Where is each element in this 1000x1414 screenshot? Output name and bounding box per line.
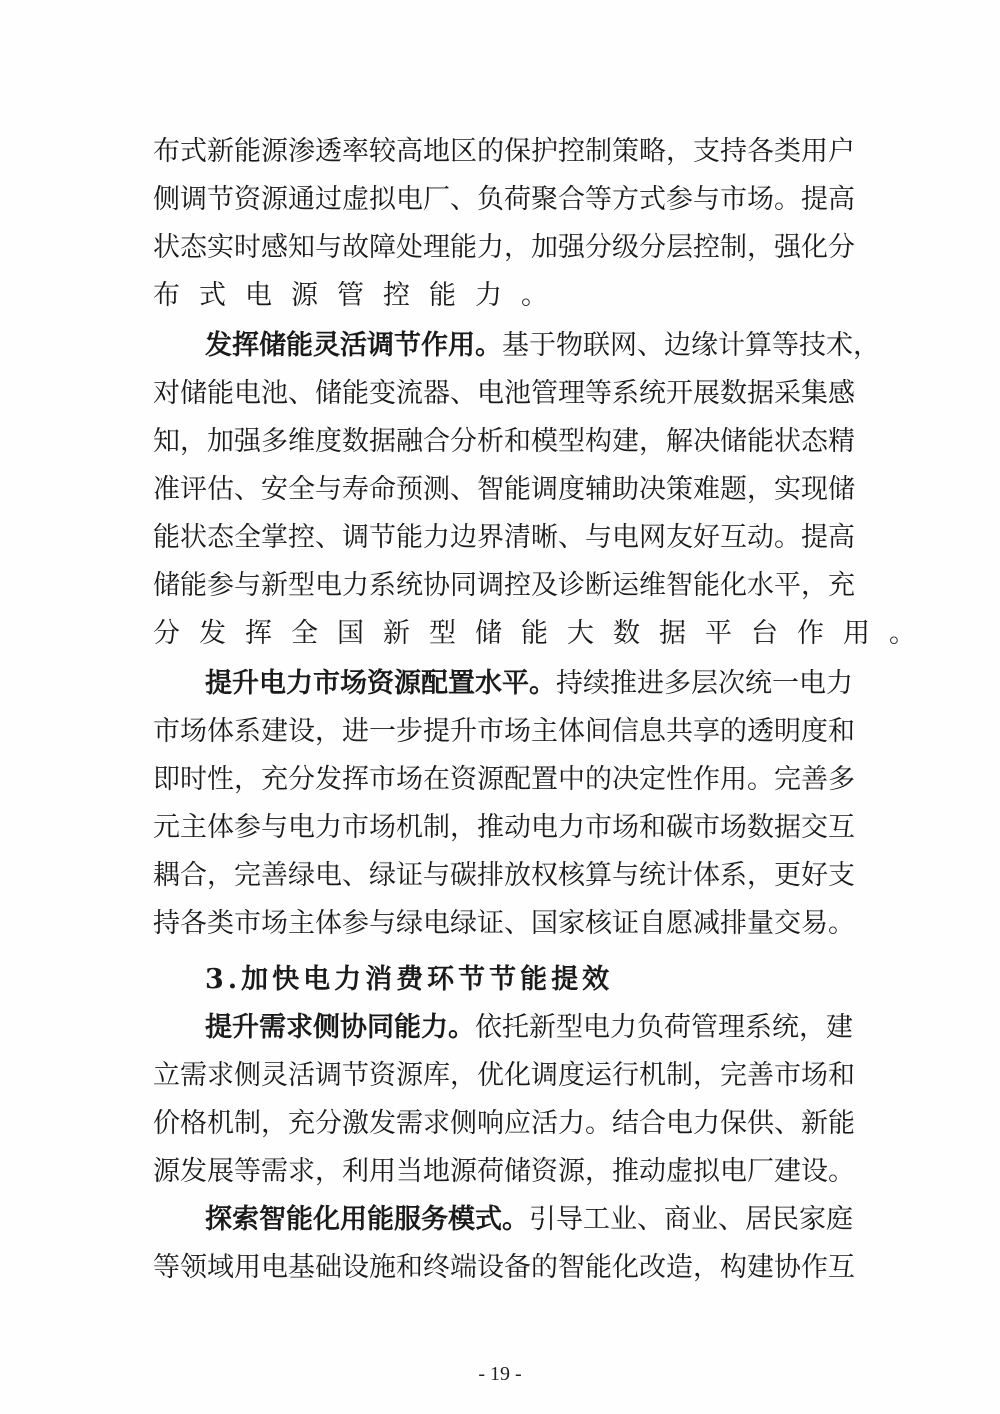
paragraph-1-line-1: 布式新能源渗透率较高地区的保护控制策略，支持各类用户 (153, 132, 848, 172)
paragraph-4-lead: 提升需求侧协同能力。 (205, 1012, 475, 1043)
paragraph-2-line-2: 对储能电池、储能变流器、电池管理等系统开展数据采集感 (153, 374, 848, 414)
paragraph-4-first-rest: 依托新型电力负荷管理系统，建 (475, 1012, 853, 1043)
paragraph-2-line-7: 分发挥全国新型储能大数据平台作用。 (153, 614, 848, 654)
paragraph-2-first-rest: 基于物联网、边缘计算等技术， (502, 330, 880, 361)
paragraph-4-line-3: 价格机制，充分激发需求侧响应活力。结合电力保供、新能 (153, 1104, 848, 1144)
paragraph-3-line-4: 元主体参与电力市场机制，推动电力市场和碳市场数据交互 (153, 808, 848, 848)
paragraph-5-line-1: 探索智能化用能服务模式。引导工业、商业、居民家庭 (205, 1200, 848, 1240)
paragraph-2-line-3: 知，加强多维度数据融合分析和模型构建，解决储能状态精 (153, 422, 848, 462)
paragraph-4-line-2: 立需求侧灵活调节资源库，优化调度运行机制，完善市场和 (153, 1056, 848, 1096)
paragraph-3-line-2: 市场体系建设，进一步提升市场主体间信息共享的透明度和 (153, 712, 848, 752)
paragraph-3-line-3: 即时性，充分发挥市场在资源配置中的决定性作用。完善多 (153, 760, 848, 800)
paragraph-5-first-rest: 引导工业、商业、居民家庭 (529, 1204, 853, 1235)
paragraph-4-line-4: 源发展等需求，利用当地源荷储资源，推动虚拟电厂建设。 (153, 1152, 848, 1192)
paragraph-4-line-1: 提升需求侧协同能力。依托新型电力负荷管理系统，建 (205, 1008, 848, 1048)
paragraph-2-line-1: 发挥储能灵活调节作用。基于物联网、边缘计算等技术， (205, 326, 848, 366)
section-heading: 3.加快电力消费环节节能提效 (205, 960, 613, 1000)
paragraph-3-line-1: 提升电力市场资源配置水平。持续推进多层次统一电力 (205, 664, 848, 704)
paragraph-2-line-6: 储能参与新型电力系统协同调控及诊断运维智能化水平，充 (153, 566, 848, 606)
paragraph-2-line-4: 准评估、安全与寿命预测、智能调度辅助决策难题，实现储 (153, 470, 848, 510)
paragraph-5-lead: 探索智能化用能服务模式。 (205, 1204, 529, 1235)
paragraph-5-line-2: 等领域用电基础设施和终端设备的智能化改造，构建协作互 (153, 1248, 848, 1288)
paragraph-3-first-rest: 持续推进多层次统一电力 (556, 668, 853, 699)
paragraph-1-line-3: 状态实时感知与故障处理能力，加强分级分层控制，强化分 (153, 228, 848, 268)
paragraph-2-line-5: 能状态全掌控、调节能力边界清晰、与电网友好互动。提高 (153, 518, 848, 558)
paragraph-1-line-4: 布式电源管控能力。 (153, 276, 848, 316)
paragraph-3-lead: 提升电力市场资源配置水平。 (205, 668, 556, 699)
paragraph-1-line-2: 侧调节资源通过虚拟电厂、负荷聚合等方式参与市场。提高 (153, 180, 848, 220)
paragraph-3-line-5: 耦合，完善绿电、绿证与碳排放权核算与统计体系，更好支 (153, 856, 848, 896)
paragraph-3-line-6: 持各类市场主体参与绿电绿证、国家核证自愿减排量交易。 (153, 904, 848, 944)
document-page: 布式新能源渗透率较高地区的保护控制策略，支持各类用户 侧调节资源通过虚拟电厂、负… (0, 0, 1000, 1414)
paragraph-2-lead: 发挥储能灵活调节作用。 (205, 330, 502, 361)
page-number: - 19 - (0, 1363, 1000, 1386)
